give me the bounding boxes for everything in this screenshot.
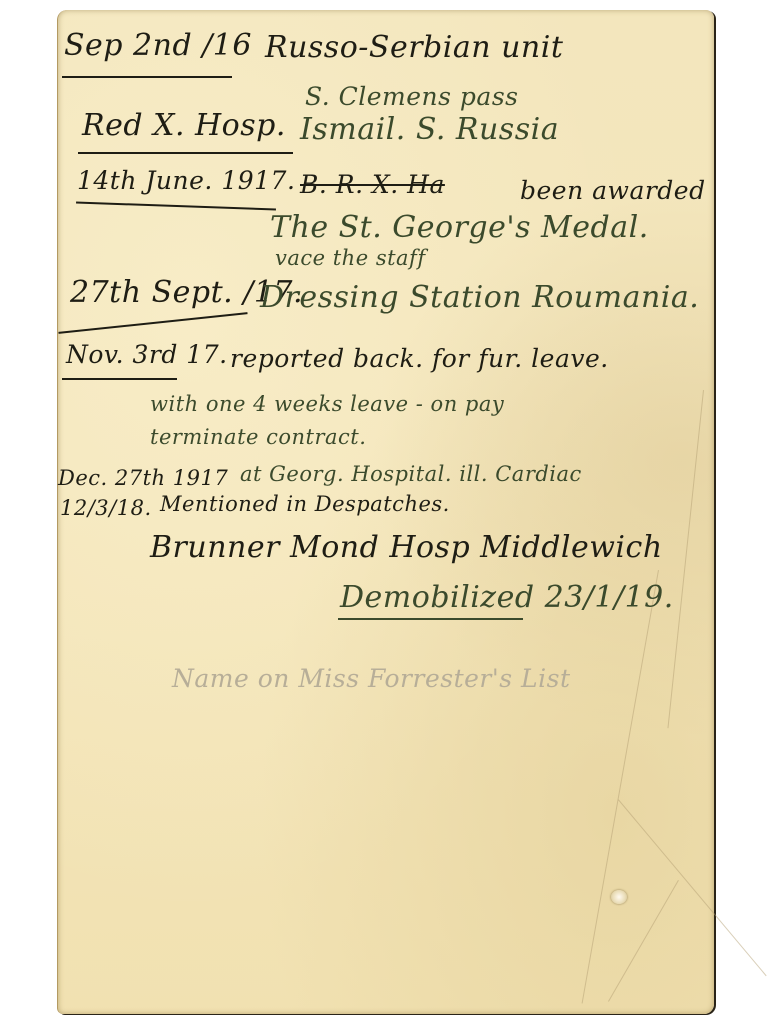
entry-text: at Georg. Hospital. ill. Cardiac bbox=[240, 462, 582, 486]
entry-text: Dressing Station Roumania. bbox=[260, 280, 699, 315]
struck-text: B. R. X. Ha bbox=[300, 170, 445, 199]
entry-text: vace the staff bbox=[275, 246, 426, 270]
entry-text: Brunner Mond Hosp Middlewich bbox=[150, 530, 663, 565]
entry-date: Red X. Hosp. bbox=[82, 108, 286, 143]
pin-hole bbox=[611, 890, 627, 904]
pencil-note: Name on Miss Forrester's List bbox=[172, 664, 571, 693]
entry-date: Sep 2nd /16 bbox=[64, 28, 252, 63]
entry-date: Dec. 27th 1917 bbox=[58, 466, 228, 490]
paper-crease bbox=[618, 799, 767, 976]
entry-text: reported back. for fur. leave. bbox=[230, 344, 609, 373]
entry-text: The St. George's Medal. bbox=[270, 210, 649, 245]
underline bbox=[62, 378, 177, 380]
entry-text: Russo-Serbian unit bbox=[265, 30, 563, 65]
entry-text: been awarded bbox=[520, 176, 706, 205]
underline bbox=[62, 76, 232, 78]
underline bbox=[78, 152, 293, 154]
entry-date: 14th June. 1917. bbox=[77, 166, 295, 195]
paper-crease bbox=[667, 390, 704, 728]
entry-text: S. Clemens pass bbox=[305, 82, 519, 111]
paper-crease bbox=[582, 570, 659, 1003]
entry-text: Mentioned in Despatches. bbox=[160, 492, 450, 516]
entry-text: Demobilized 23/1/19. bbox=[340, 580, 674, 615]
underline bbox=[338, 618, 523, 620]
entry-date: Nov. 3rd 17. bbox=[66, 340, 228, 369]
entry-text: Ismail. S. Russia bbox=[300, 112, 559, 147]
entry-date: 12/3/18. bbox=[60, 496, 152, 520]
entry-text: terminate contract. bbox=[150, 425, 366, 449]
entry-text: with one 4 weeks leave - on pay bbox=[150, 392, 504, 416]
